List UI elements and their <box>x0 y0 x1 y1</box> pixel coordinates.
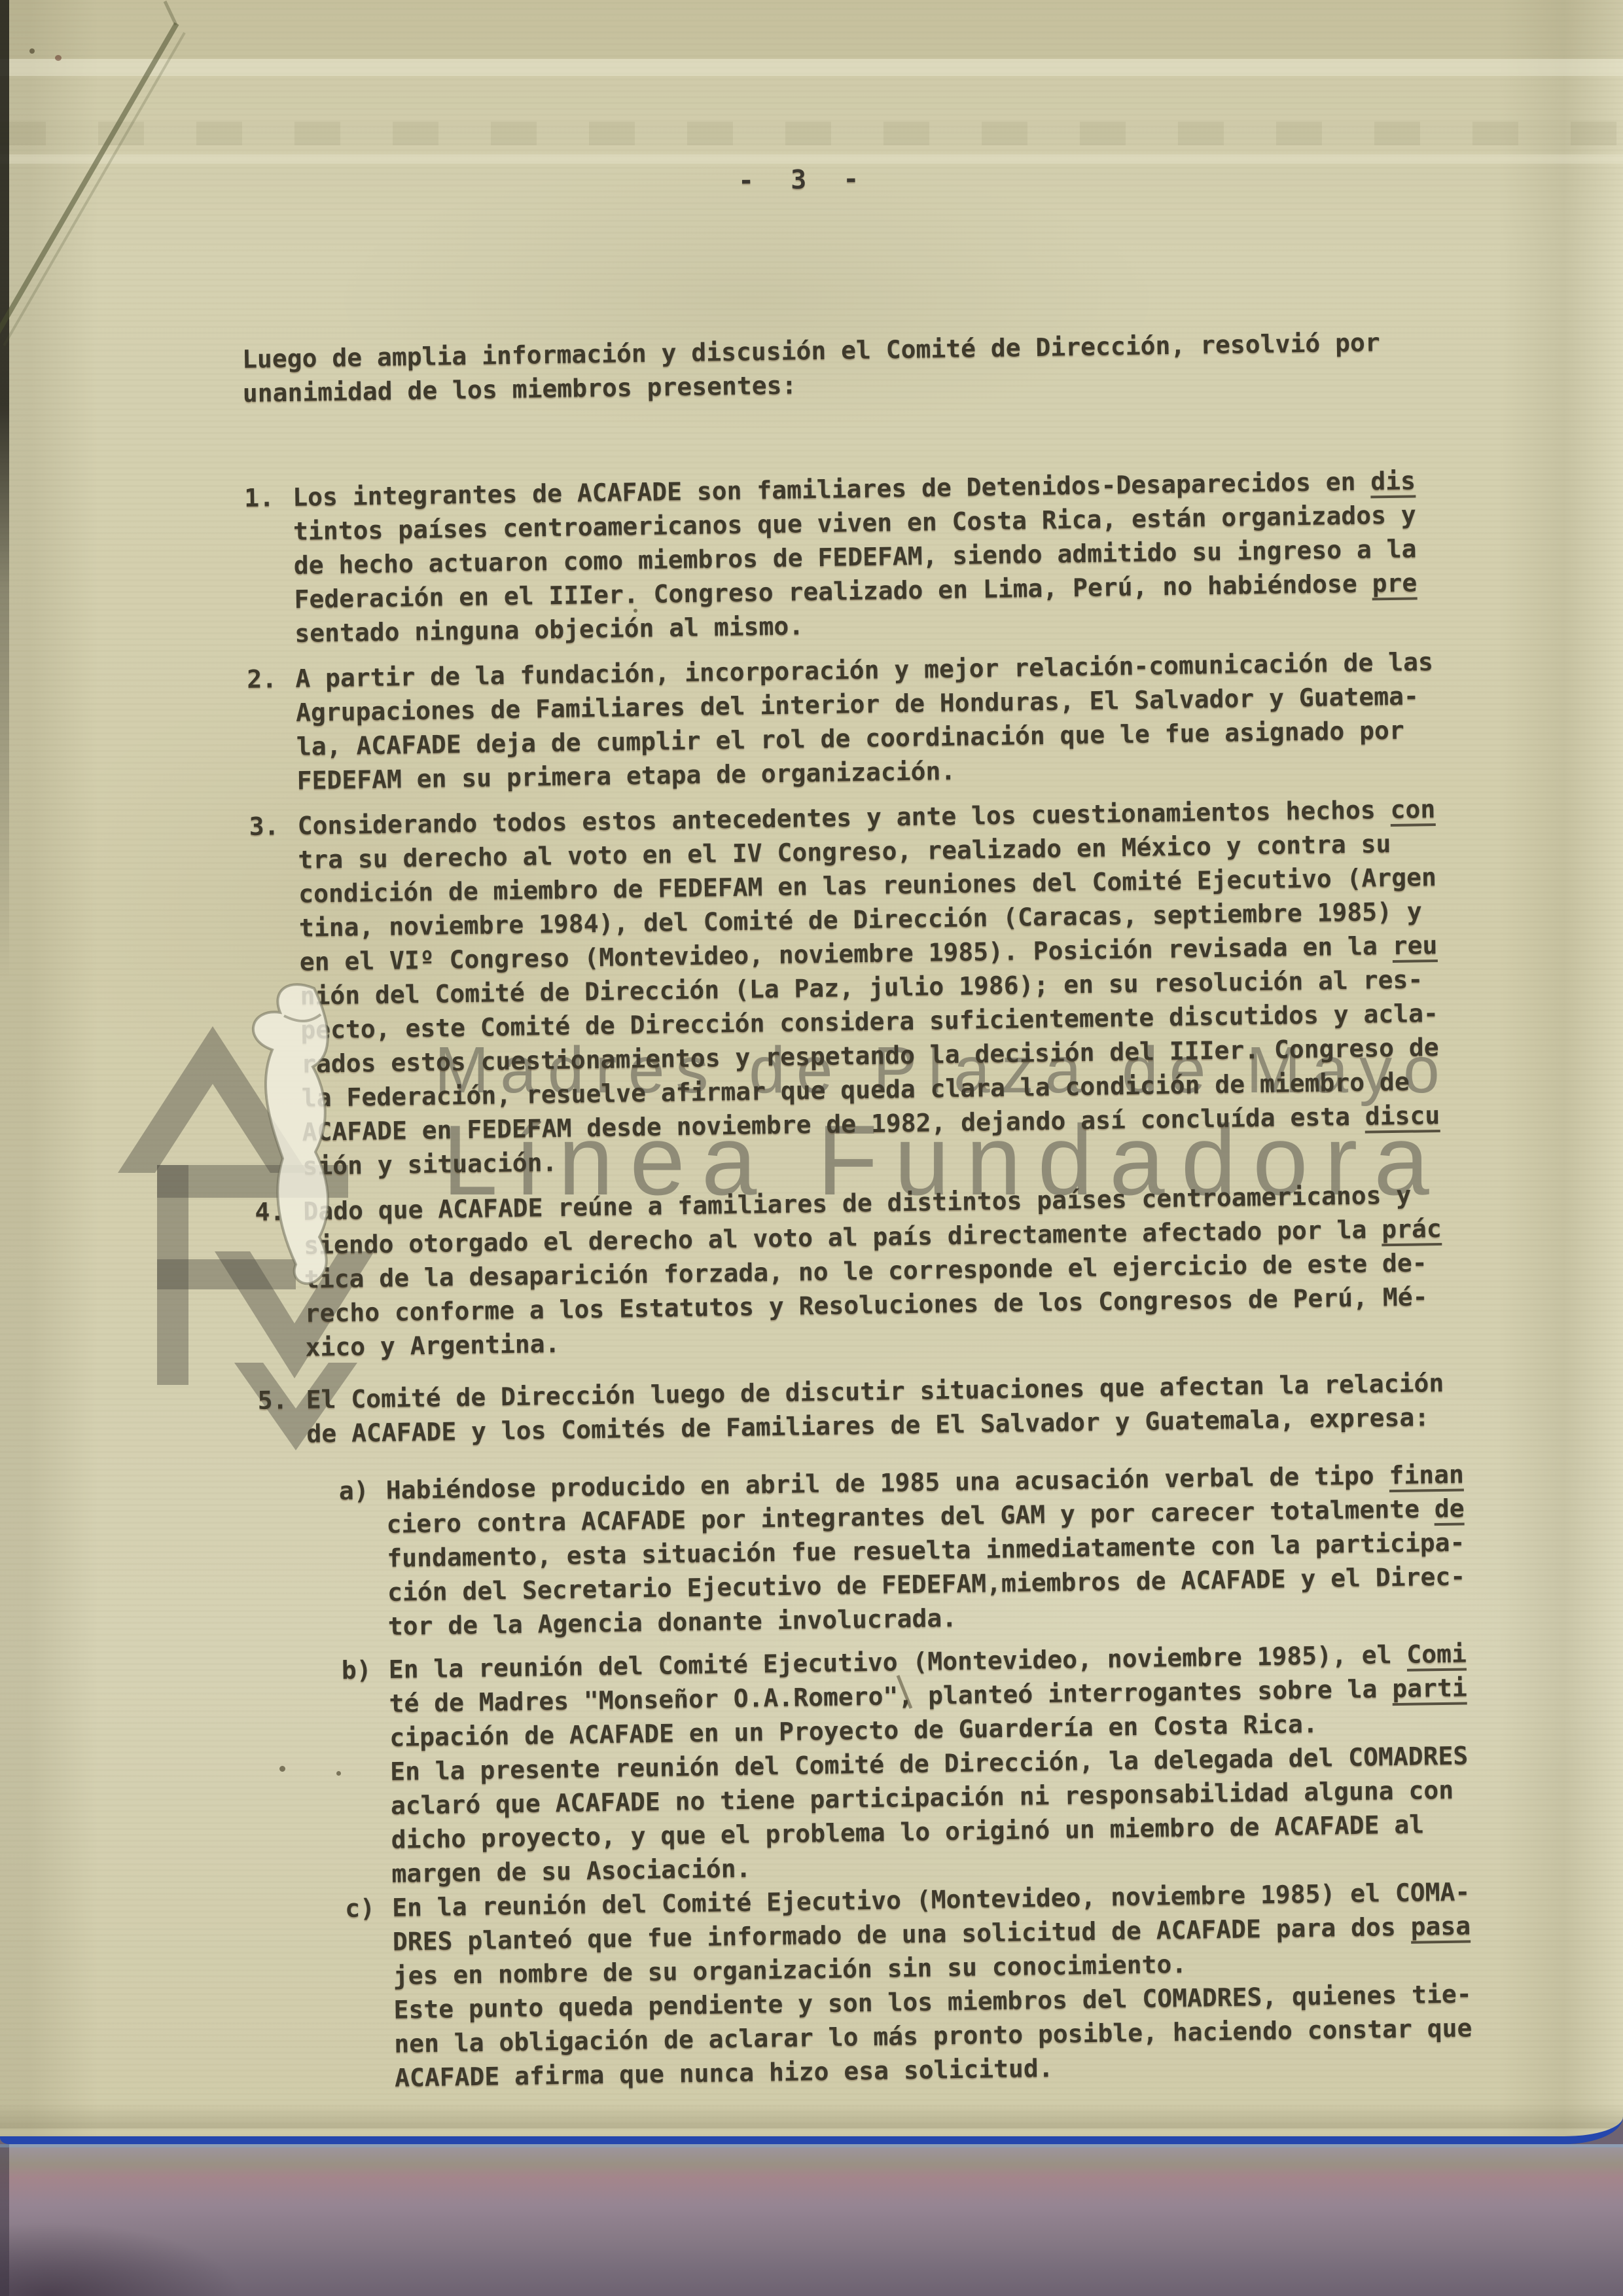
sub-item: a)Habiéndose producido en abril de 1985 … <box>307 1457 1491 1645</box>
continuation-mark: parti <box>1392 1673 1467 1706</box>
item-lines: A partir de la fundación, incorporación … <box>295 644 1479 798</box>
scanned-document-screen: Madres de Plaza de Mayo Línea Fundadora … <box>0 0 1623 2296</box>
continuation-mark: discu <box>1364 1101 1440 1134</box>
subitem-marker: c) <box>345 1891 376 1926</box>
item-lines: Dado que ACAFADE reúne a familiares de d… <box>303 1177 1488 1365</box>
ink-speck <box>29 48 35 54</box>
subitem-lines: En la reunión del Comité Ejecutivo (Mont… <box>388 1636 1495 1891</box>
item-marker: 5. <box>257 1383 288 1418</box>
ink-speck <box>633 609 637 613</box>
ink-speck <box>279 1766 285 1772</box>
continuation-mark: pasa <box>1410 1911 1471 1943</box>
sub-item: b)En la reunión del Comité Ejecutivo (Mo… <box>310 1636 1495 1892</box>
item-marker: 2. <box>247 662 277 696</box>
intro-paragraph: Luego de amplia información y discusión … <box>242 317 1473 403</box>
scanner-background <box>0 2144 1623 2296</box>
paper-crease <box>0 122 1623 145</box>
item-marker: 4. <box>255 1194 285 1229</box>
document-items: 1.Los integrantes de ACAFADE son familia… <box>244 463 1498 2097</box>
list-item: 3.Considerando todos estos antecedentes … <box>249 791 1484 1184</box>
continuation-mark: con <box>1390 795 1435 827</box>
scan-artifact-seam <box>0 59 1623 76</box>
subitem-lines: Habiéndose producido en abril de 1985 un… <box>385 1457 1491 1643</box>
scan-edge-shadow <box>0 0 9 982</box>
logo-f-stem <box>157 1165 188 1385</box>
scan-artifact-top-strip <box>0 0 1623 59</box>
continuation-mark: pre <box>1372 568 1417 600</box>
item-marker: 3. <box>249 809 279 844</box>
continuation-mark: Comi <box>1406 1639 1467 1671</box>
list-item: 4.Dado que ACAFADE reúne a familiares de… <box>255 1177 1488 1365</box>
continuation-mark: dis <box>1370 466 1416 498</box>
item-lines: Los integrantes de ACAFADE son familiare… <box>293 463 1477 651</box>
item-lines: El Comité de Dirección luego de discutir… <box>306 1365 1488 1451</box>
list-item: 5.El Comité de Dirección luego de discut… <box>257 1365 1498 2097</box>
item-lines: Considerando todos estos antecedentes y … <box>297 791 1484 1183</box>
continuation-mark: de <box>1434 1494 1464 1526</box>
continuation-mark: finan <box>1389 1460 1464 1492</box>
subitem-marker: a) <box>338 1473 369 1508</box>
subitem-lines: En la reunión del Comité Ejecutivo (Mont… <box>392 1874 1498 2095</box>
scanned-page: Madres de Plaza de Mayo Línea Fundadora … <box>0 0 1623 2144</box>
paper-crease <box>0 154 1623 164</box>
list-item: 1.Los integrantes de ACAFADE son familia… <box>244 463 1477 651</box>
subitem-marker: b) <box>341 1653 372 1687</box>
document-text: Luego de amplia información y discusión … <box>241 249 1499 2144</box>
item-marker: 1. <box>244 480 275 515</box>
sub-item: c)En la reunión del Comité Ejecutivo (Mo… <box>313 1874 1498 2096</box>
ink-speck <box>55 55 62 61</box>
continuation-mark: prác <box>1382 1214 1442 1246</box>
page-number: - 3 - <box>738 164 870 196</box>
list-item: 2.A partir de la fundación, incorporació… <box>247 644 1479 798</box>
continuation-mark: reu <box>1392 931 1437 963</box>
paper-edge-highlight <box>0 2144 1623 2147</box>
ink-speck <box>336 1771 341 1776</box>
